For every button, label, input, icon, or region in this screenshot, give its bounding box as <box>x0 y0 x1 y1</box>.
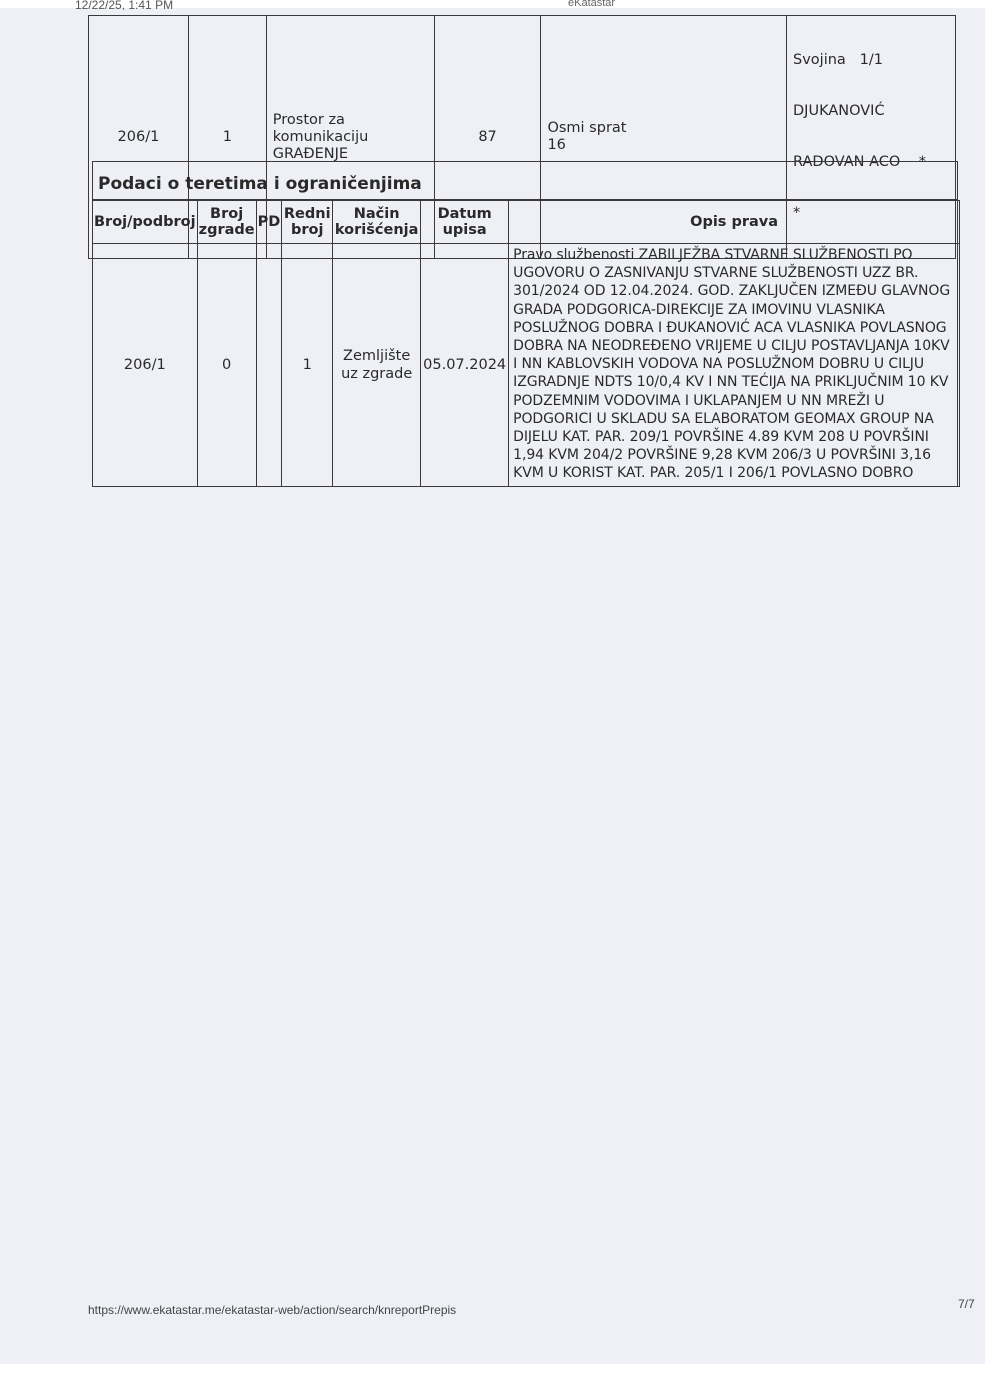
cell-broj-podbroj: 206/1 <box>93 244 198 487</box>
print-title: eKatastar <box>568 0 615 8</box>
col-broj-zgrade: Brojzgrade <box>197 201 256 244</box>
print-date: 12/22/25, 1:41 PM <box>75 0 173 10</box>
col-opis-prava: Opis prava <box>509 201 960 244</box>
col-datum-upisa: Datumupisa <box>421 201 509 244</box>
table-row: 206/1 0 1 Zemljište uz zgrade 05.07.2024… <box>93 244 960 487</box>
col-nacin-koriscenja: Načinkorišćenja <box>333 201 421 244</box>
cell-datum-upisa: 05.07.2024 <box>421 244 509 487</box>
cell-pd <box>256 244 282 487</box>
col-redni-broj: Rednibroj <box>282 201 333 244</box>
encumbrances-table: Broj/podbroj Brojzgrade PD Rednibroj Nač… <box>92 200 960 487</box>
col-broj-podbroj: Broj/podbroj <box>93 201 198 244</box>
section-title: Podaci o teretima i ograničenjima <box>93 162 957 200</box>
cell-nacin-koriscenja: Zemljište uz zgrade <box>333 244 421 487</box>
cell-opis-prava: Pravo službenosti ZABILJEŽBA STVARNE SLU… <box>509 244 960 487</box>
table-header-row: Broj/podbroj Brojzgrade PD Rednibroj Nač… <box>93 201 960 244</box>
cell-broj-zgrade: 0 <box>197 244 256 487</box>
page-number: 7/7 <box>958 1297 975 1311</box>
cell-redni-broj: 1 <box>282 244 333 487</box>
footer-url: https://www.ekatastar.me/ekatastar-web/a… <box>88 1303 456 1317</box>
col-pd: PD <box>256 201 282 244</box>
